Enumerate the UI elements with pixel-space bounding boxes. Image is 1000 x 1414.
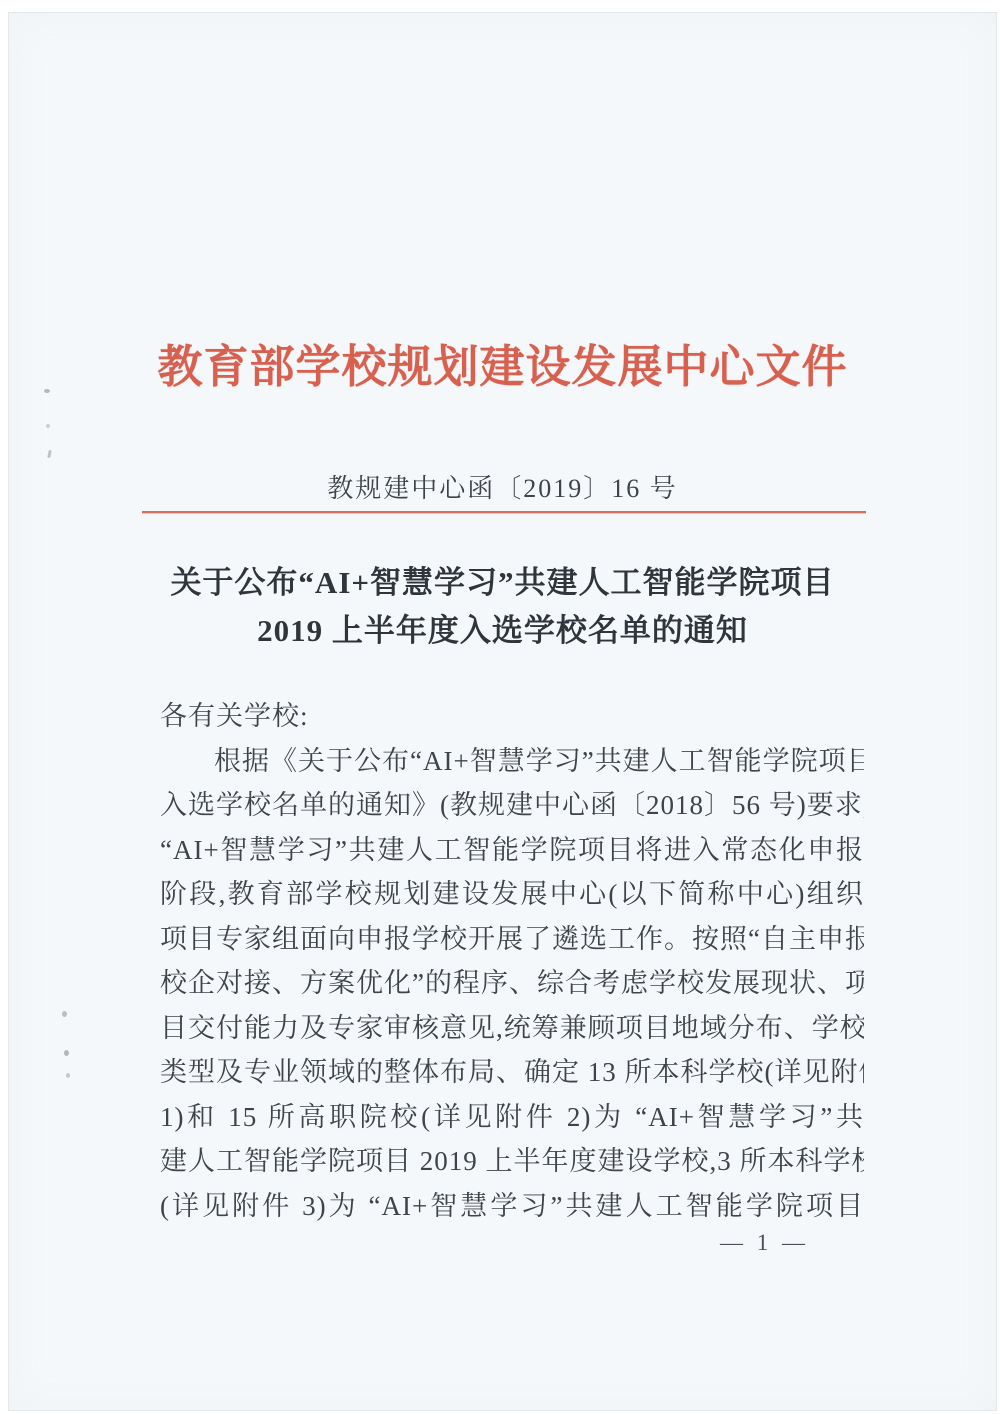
scanned-document: 教育部学校规划建设发展中心文件 教规建中心函〔2019〕16 号 关于公布“AI… bbox=[0, 0, 1000, 1414]
scan-speck bbox=[47, 450, 52, 458]
red-divider-line bbox=[142, 511, 866, 513]
body-line: 建人工智能学院项目 2019 上半年度建设学校,3 所本科学校 bbox=[160, 1139, 864, 1184]
body-line: 类型及专业领域的整体布局、确定 13 所本科学校(详见附件 bbox=[160, 1050, 864, 1095]
body-line: 目交付能力及专家审核意见,统筹兼顾项目地域分布、学校 bbox=[160, 1006, 864, 1051]
scan-speck bbox=[64, 1050, 69, 1056]
page-number: — 1 — bbox=[720, 1230, 809, 1256]
body-line: 阶段,教育部学校规划建设发展中心(以下简称中心)组织 bbox=[160, 872, 864, 917]
document-page: 教育部学校规划建设发展中心文件 教规建中心函〔2019〕16 号 关于公布“AI… bbox=[8, 12, 997, 1411]
letterhead-title: 教育部学校规划建设发展中心文件 bbox=[8, 330, 997, 395]
body-line: 根据《关于公布“AI+智慧学习”共建人工智能学院项目 bbox=[160, 739, 864, 784]
body-line: 入选学校名单的通知》(教规建中心函〔2018〕56 号)要求, bbox=[160, 783, 864, 828]
document-title-line1: 关于公布“AI+智慧学习”共建人工智能学院项目 bbox=[8, 557, 997, 602]
body-line: 校企对接、方案优化”的程序、综合考虑学校发展现状、项 bbox=[160, 961, 864, 1006]
scan-speck bbox=[66, 1073, 70, 1078]
scan-speck bbox=[62, 1011, 67, 1017]
scan-speck bbox=[44, 389, 50, 393]
body-line: 项目专家组面向申报学校开展了遴选工作。按照“自主申报、 bbox=[160, 917, 864, 962]
document-title-line2: 2019 上半年度入选学校名单的通知 bbox=[8, 605, 997, 650]
salutation: 各有关学校: bbox=[160, 694, 864, 739]
document-reference-number: 教规建中心函〔2019〕16 号 bbox=[8, 468, 997, 505]
body-line: (详见附件 3)为 “AI+智慧学习”共建人工智能学院项目 bbox=[160, 1184, 864, 1229]
scan-speck bbox=[46, 424, 50, 428]
body-line: “AI+智慧学习”共建人工智能学院项目将进入常态化申报 bbox=[160, 828, 864, 873]
body-line: 1)和 15 所高职院校(详见附件 2)为 “AI+智慧学习”共 bbox=[160, 1095, 864, 1140]
document-body: 各有关学校: 根据《关于公布“AI+智慧学习”共建人工智能学院项目 入选学校名单… bbox=[160, 694, 864, 1228]
